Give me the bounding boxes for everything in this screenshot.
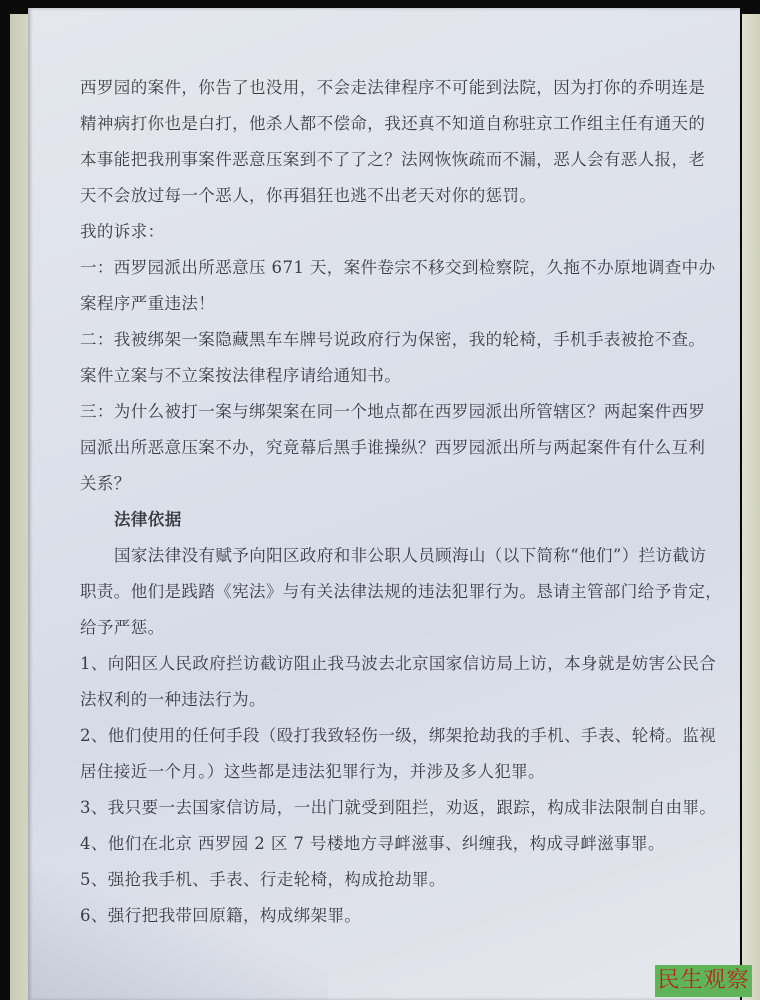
section-heading-demands: 我的诉求： xyxy=(80,214,710,250)
legal-basis-line: 职责。他们是践踏《宪法》与有关法律法规的违法犯罪行为。恳请主管部门给予肯定， xyxy=(80,574,710,610)
legal-basis-line: 国家法律没有赋予向阳区政府和非公职人员顾海山（以下简称“他们”）拦访截访 xyxy=(80,538,710,574)
list-item-5: 5、强抢我手机、手表、行走轮椅，构成抢劫罪。 xyxy=(80,862,710,898)
demand-2-line: 二：我被绑架一案隐藏黑车车牌号说政府行为保密，我的轮椅，手机手表被抢不查。 xyxy=(80,322,710,358)
photo-frame: 西罗园的案件，你告了也没用，不会走法律程序不可能到法院，因为打你的乔明连是 精神… xyxy=(0,0,760,1000)
demand-3-line: 关系？ xyxy=(80,466,710,502)
list-item-4: 4、他们在北京 西罗园 2 区 7 号楼地方寻衅滋事、纠缠我，构成寻衅滋事罪。 xyxy=(80,826,710,862)
paragraph-line: 精神病打你也是白打，他杀人都不偿命，我还真不知道自称驻京工作组主任有通天的 xyxy=(80,106,710,142)
list-item-3: 3、我只要一去国家信访局，一出门就受到阻拦，劝返，跟踪，构成非法限制自由罪。 xyxy=(80,790,710,826)
paragraph-line: 天不会放过每一个恶人，你再猖狂也逃不出老天对你的惩罚。 xyxy=(80,178,710,214)
document-body: 西罗园的案件，你告了也没用，不会走法律程序不可能到法院，因为打你的乔明连是 精神… xyxy=(80,70,710,934)
list-item-6: 6、强行把我带回原籍，构成绑架罪。 xyxy=(80,898,710,934)
section-heading-legal-basis: 法律依据 xyxy=(80,502,710,538)
clipboard-edge-right xyxy=(742,14,760,1000)
list-item-1: 法权利的一种违法行为。 xyxy=(80,682,710,718)
demand-1-line: 案程序严重违法！ xyxy=(80,286,710,322)
demand-2-line: 案件立案与不立案按法律程序请给通知书。 xyxy=(80,358,710,394)
paragraph-line: 本事能把我刑事案件恶意压案到不了了之？法网恢恢疏而不漏，恶人会有恶人报，老 xyxy=(80,142,710,178)
demand-3-line: 园派出所恶意压案不办，究竟幕后黑手谁操纵？西罗园派出所与两起案件有什么互利 xyxy=(80,430,710,466)
list-item-2: 居住接近一个月。）这些都是违法犯罪行为，并涉及多人犯罪。 xyxy=(80,754,710,790)
demand-3-line: 三：为什么被打一案与绑架案在同一个地点都在西罗园派出所管辖区？两起案件西罗 xyxy=(80,394,710,430)
demand-1-line: 一：西罗园派出所恶意压 671 天，案件卷宗不移交到检察院，久拖不办原地调查中办 xyxy=(80,250,710,286)
watermark-logo: 民生观察 xyxy=(655,965,752,997)
legal-basis-line: 给予严惩。 xyxy=(80,610,710,646)
list-item-2: 2、他们使用的任何手段（殴打我致轻伤一级，绑架抢劫我的手机、手表、轮椅。监视 xyxy=(80,718,710,754)
list-item-1: 1、向阳区人民政府拦访截访阻止我马波去北京国家信访局上访，本身就是妨害公民合 xyxy=(80,646,710,682)
paragraph-line: 西罗园的案件，你告了也没用，不会走法律程序不可能到法院，因为打你的乔明连是 xyxy=(80,70,710,106)
